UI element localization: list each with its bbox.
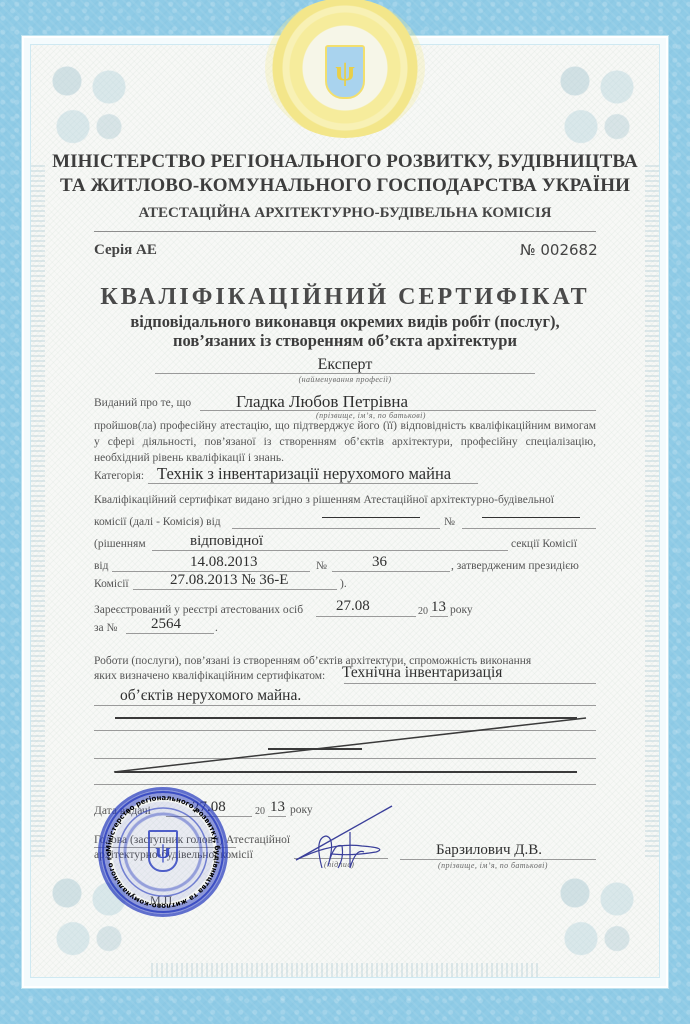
profession-underline bbox=[155, 373, 535, 374]
registry-number-underline bbox=[126, 633, 214, 634]
registry-date-underline bbox=[316, 616, 416, 617]
section-number-value: 36 bbox=[372, 554, 387, 571]
works-text-line2: яких визначено кваліфікаційним сертифіка… bbox=[94, 670, 325, 682]
works-underline-2 bbox=[94, 705, 596, 706]
registry-number-label: за № bbox=[94, 622, 118, 634]
presidium-value: 27.08.2013 № 36-Е bbox=[170, 572, 288, 589]
registry-year-underline bbox=[430, 616, 448, 617]
registry-year-prefix: 20 bbox=[418, 606, 428, 617]
works-underline-5 bbox=[94, 784, 596, 785]
works-value-line1: Технічна інвентаризація bbox=[342, 664, 502, 682]
svg-text:Міністерство регіонального роз: Міністерство регіонального розвитку, буд… bbox=[98, 787, 221, 910]
certificate-subtitle-line1: відповідального виконавця окремих видів … bbox=[0, 312, 690, 332]
registry-date-value: 27.08 bbox=[336, 598, 370, 615]
decision-text-line2: комісії (далі - Комісія) від bbox=[94, 516, 221, 528]
works-value-line2: об’єктів нерухомого майна. bbox=[120, 687, 301, 705]
section-number-underline bbox=[332, 571, 450, 572]
approved-label: , затвердженим президією bbox=[451, 560, 579, 572]
section-date-value: 14.08.2013 bbox=[190, 554, 258, 571]
decision-number-sign: № bbox=[444, 516, 455, 528]
decision-number-underline bbox=[462, 528, 596, 529]
decision-number-dash bbox=[482, 517, 580, 518]
issued-to-name: Гладка Любов Петрівна bbox=[236, 392, 408, 412]
category-underline bbox=[148, 483, 478, 484]
issue-year-prefix: 20 bbox=[255, 806, 265, 817]
works-underline-1 bbox=[344, 683, 596, 684]
certificate-subtitle-line2: пов’язаних із створенням об’єкта архітек… bbox=[0, 331, 690, 351]
presidium-suffix: ). bbox=[340, 578, 347, 590]
presidium-label: Комісії bbox=[94, 578, 129, 590]
section-underline bbox=[152, 550, 508, 551]
category-label: Категорія: bbox=[94, 470, 144, 482]
certificate-number: № 002682 bbox=[520, 241, 598, 259]
signer-name-hint: (прізвище, ім’я, по батькові) bbox=[438, 861, 548, 870]
section-label: (рішенням bbox=[94, 538, 146, 550]
handwritten-signature bbox=[292, 802, 402, 874]
section-number-label: № bbox=[316, 560, 327, 572]
profession-hint: (найменування професії) bbox=[0, 375, 690, 384]
issue-year-value: 13 bbox=[270, 799, 285, 816]
section-value: відповідної bbox=[190, 533, 263, 550]
registry-number-value: 2564 bbox=[151, 616, 181, 633]
certificate-title: КВАЛІФІКАЦІЙНИЙ СЕРТИФІКАТ bbox=[0, 284, 690, 311]
stamp-ring-text: Міністерство регіонального розвитку, буд… bbox=[98, 787, 228, 917]
registry-year-suffix: року bbox=[450, 604, 473, 616]
decision-date-underline bbox=[232, 528, 440, 529]
registry-label: Зареєстрований у реєстрі атестованих осі… bbox=[94, 604, 303, 616]
signer-name: Барзилович Д.В. bbox=[436, 842, 542, 859]
ministry-name-line1: МІНІСТЕРСТВО РЕГІОНАЛЬНОГО РОЗВИТКУ, БУД… bbox=[0, 151, 690, 173]
issue-year-underline bbox=[268, 816, 286, 817]
series-label: Серія АЕ bbox=[94, 242, 157, 259]
header-divider bbox=[94, 231, 596, 232]
signer-name-underline bbox=[400, 859, 596, 860]
registry-year-value: 13 bbox=[431, 599, 446, 616]
decision-date-dash bbox=[322, 517, 420, 518]
works-diagonal-strike bbox=[110, 714, 590, 776]
presidium-underline bbox=[133, 589, 337, 590]
section-date-label: від bbox=[94, 560, 108, 572]
section-suffix: секції Комісії bbox=[511, 538, 577, 550]
attestation-text: пройшов(ла) професійну атестацію, що під… bbox=[94, 418, 596, 466]
category-value: Технік з інвентаризації нерухомого майна bbox=[157, 464, 451, 484]
commission-name: АТЕСТАЦІЙНА АРХІТЕКТУРНО-БУДІВЕЛЬНА КОМІ… bbox=[0, 205, 690, 222]
registry-number-suffix: . bbox=[215, 622, 218, 634]
ministry-name-line2: ТА ЖИТЛОВО-КОМУНАЛЬНОГО ГОСПОДАРСТВА УКР… bbox=[0, 175, 690, 197]
profession-value: Експерт bbox=[0, 356, 690, 374]
decision-text-line1: Кваліфікаційний сертифікат видано згідно… bbox=[94, 494, 554, 506]
issued-to-label: Виданий про те, що bbox=[94, 397, 191, 409]
